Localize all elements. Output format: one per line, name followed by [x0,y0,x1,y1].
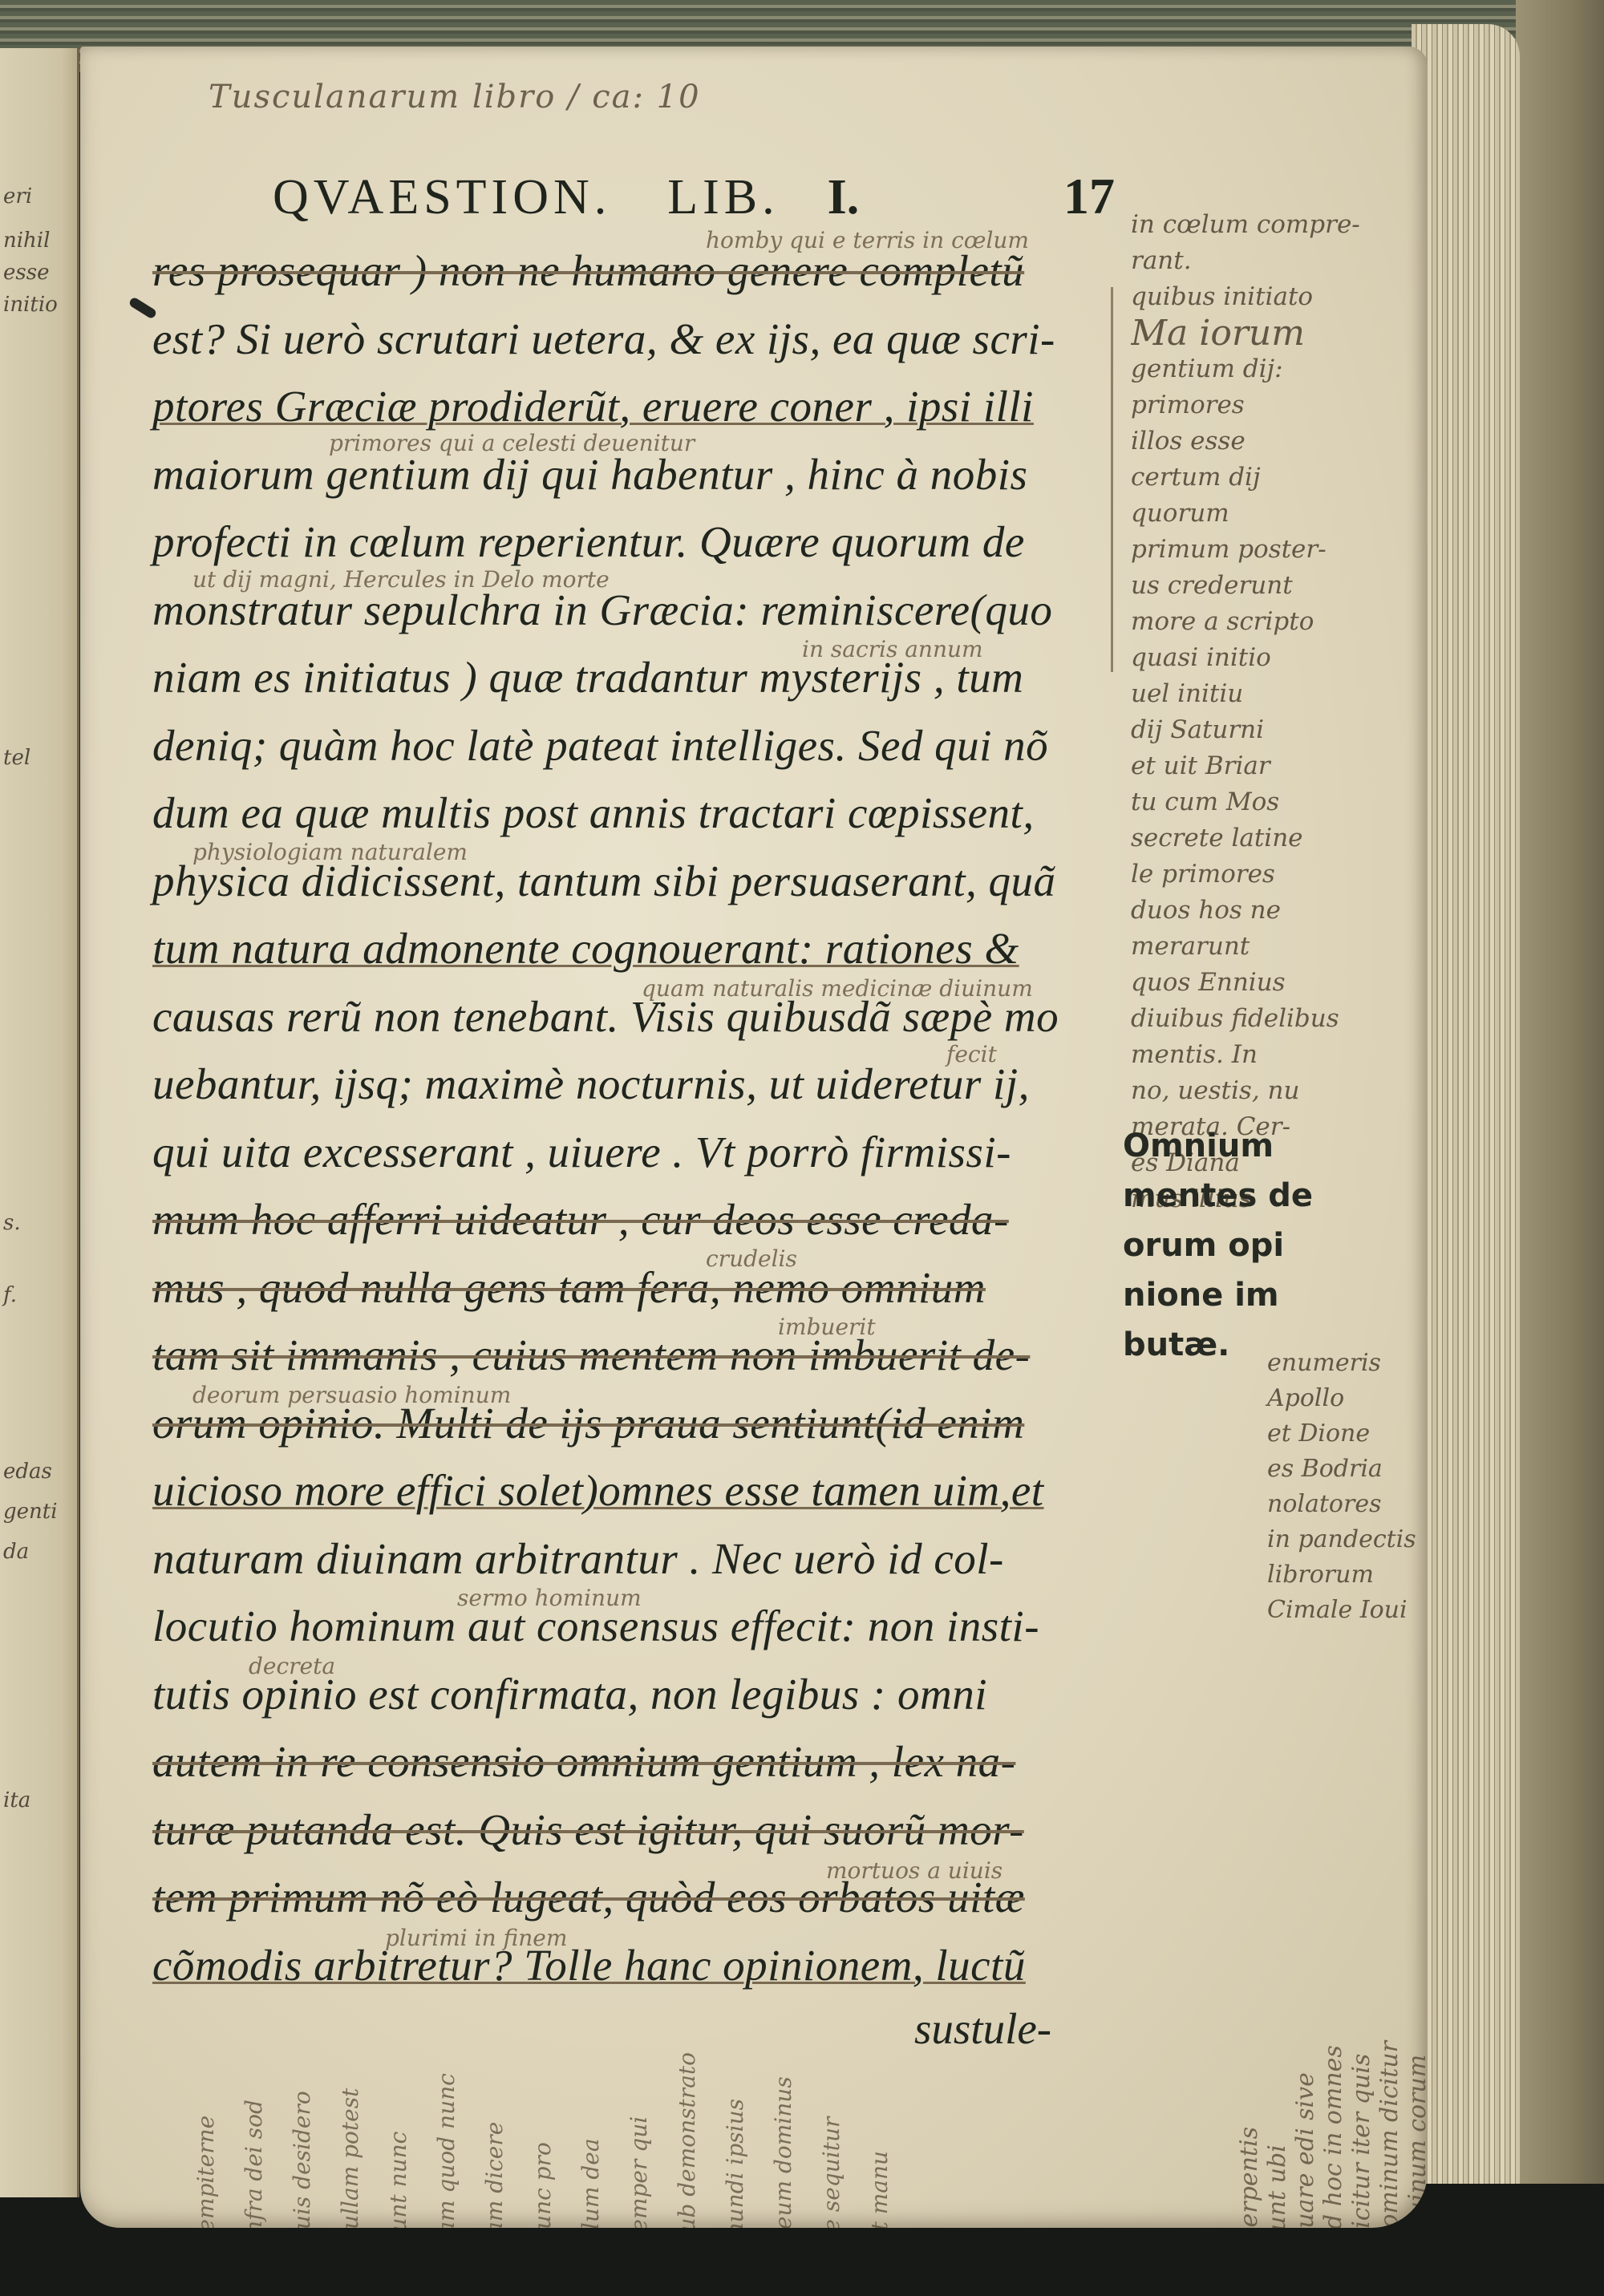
printed-text-block: res prosequar ) non ne humano genere com… [152,237,1171,1999]
ms-line: diuibus fidelibus [1131,1001,1412,1037]
text-line: dum ea quæ multis post annis tractari cœ… [152,780,1171,848]
book-scan: eri nihil esse initio tel s. f. edas gen… [0,0,1604,2296]
manuscript-header-note: Tusculanarum libro / ca: 10 [209,79,930,115]
ms-line: enumeris [1267,1346,1420,1381]
vertical-ms-column: deum dominus [770,1979,796,2228]
vertical-ms-column: illum dea [577,1979,604,2228]
left-note: f. [3,1283,74,1307]
left-note: ita [3,1788,74,1812]
text-line: qui uita excesserant , uiuere . Vt porrò… [152,1119,1171,1187]
ms-line: le primores [1131,856,1412,893]
book-cover-edge [1516,0,1604,2296]
right-margin-manuscript: in cœlum compre- rant. quibus initiato M… [1131,207,1412,1217]
interlinear-gloss: sermo hominum [457,1585,642,1611]
vertical-ms-column: nullam potest [337,1979,363,2228]
interlinear-gloss: physiologiam naturalem [192,839,468,865]
ms-line: primores [1131,387,1412,423]
text-line: uicioso more effici solet)omnes esse tam… [152,1457,1171,1525]
interlinear-gloss: primores qui a celesti deuenitur [329,430,695,456]
text-line: est? Si uerò scrutari uetera, & ex ijs, … [152,306,1171,374]
text-line: locutio hominum aut consensus effecit: n… [152,1593,1171,1661]
text-line: mum hoc afferri uideatur , cur deos esse… [152,1186,1171,1254]
ms-line: tu cum Mos [1131,784,1412,820]
vertical-ms-column: mundi ipsius [722,1979,748,2228]
interlinear-gloss: imbuerit [778,1314,876,1340]
ms-line: et Dione [1267,1416,1420,1452]
ms-line: quibus initiato [1131,279,1412,315]
vertical-ms-column: Infra dei sod [241,1979,267,2228]
ms-line: gentium dij: [1131,351,1412,387]
ms-line: librorum [1267,1557,1420,1593]
text-line: mus , quod nulla gens tam fera, nemo omn… [152,1254,1171,1322]
vertical-ms-column: sempiterne [192,1979,219,2228]
interlinear-gloss: plurimi in finem [385,1925,567,1951]
left-page-sliver: eri nihil esse initio tel s. f. edas gen… [0,48,79,2197]
ms-line: uel initiu [1131,676,1412,712]
right-margin-lower-manuscript: enumeris Apollo et Dione es Bodria nolat… [1267,1346,1420,1628]
ms-line: duos hos ne [1131,893,1412,929]
ms-line: rant. [1131,243,1412,279]
left-note: s. [3,1211,74,1235]
left-note: nihil [3,229,74,253]
running-head: QVAESTION. LIB. I. 17 [273,167,1115,231]
vertical-ms-column: et manu [866,1979,893,2228]
ms-line: es Bodria [1267,1452,1420,1487]
vertical-ms-column: tam quod nunc [433,1979,460,2228]
ms-line: nolatores [1267,1487,1420,1522]
margin-bracket [1111,287,1113,672]
ms-line: dij Saturni [1131,712,1412,748]
ms-line: illos esse [1131,423,1412,460]
interlinear-gloss: decreta [249,1653,335,1679]
bottom-vertical-manuscript: sempiterne Infra dei sod quis desidero n… [176,1979,1428,2228]
left-note: initio [3,293,74,317]
interlinear-gloss: fecit [946,1041,997,1067]
vertical-ms-column: quis desidero [289,1979,315,2228]
text-line: niam es initiatus ) quæ tradantur myster… [152,644,1171,712]
text-line: deniq; quàm hoc latè pateat intelliges. … [152,712,1171,780]
text-line: uebantur, ijsq; maximè nocturnis, ut uid… [152,1051,1171,1119]
ms-line: in pandectis [1267,1522,1420,1557]
vertical-ms-column: se sequitur [818,1979,845,2228]
page-number: 17 [1063,167,1115,226]
vertical-ms-column: nunc pro [529,1979,556,2228]
left-note: genti [3,1500,74,1524]
ms-line: Apollo [1267,1381,1420,1416]
running-head-book-number: I. [828,169,860,226]
interlinear-gloss: deorum persuasio hominum [192,1382,511,1408]
running-head-book: LIB. [667,169,779,226]
left-margin-notes: eri nihil esse initio tel s. f. edas gen… [3,48,74,2197]
ms-line: mentis. In [1131,1037,1412,1073]
left-note: esse [3,261,74,285]
ms-line: quos Ennius [1131,965,1412,1001]
ms-line: primum poster- [1131,532,1412,568]
ms-line: merarunt [1131,929,1412,965]
ms-line: in cœlum compre- [1131,207,1412,243]
left-note: da [3,1540,74,1564]
interlinear-gloss: ut dij magni, Hercules in Delo morte [192,566,610,593]
interlinear-gloss: mortuos a uiuis [826,1857,1003,1884]
interlinear-gloss: quam naturalis medicinæ diuinum [642,975,1033,1002]
text-line: turæ putanda est. Quis est igitur, qui s… [152,1796,1171,1865]
ms-line: quorum [1131,496,1412,532]
left-note: tel [3,746,74,770]
sidenote-line: Omnium [1123,1121,1315,1171]
text-line: naturam diuinam arbitrantur . Nec uerò i… [152,1525,1171,1593]
ms-line: secrete latine [1131,820,1412,856]
interlinear-gloss: crudelis [706,1245,797,1272]
interlinear-gloss: homby qui e terris in cœlum [706,227,1029,253]
ms-line: et uit Briar [1131,748,1412,784]
ms-line: Ma iorum [1131,315,1412,351]
sidenote-line: nione im [1123,1270,1315,1320]
interlinear-gloss: in sacris annum [802,636,983,662]
ms-line: certum dij [1131,460,1412,496]
running-head-title: QVAESTION. [273,169,611,226]
vertical-ms-column: semper qui [626,1979,652,2228]
recto-page: Tusculanarum libro / ca: 10 QVAESTION. L… [80,47,1428,2228]
ms-line: us crederunt [1131,568,1412,604]
text-line: tam sit immanis , cuius mentem non imbue… [152,1322,1171,1390]
page-stack-edge [1412,24,1520,2253]
ms-line: no, uestis, nu [1131,1073,1412,1109]
printed-sidenote: Omnium mentes de orum opi nione im butæ. [1123,1121,1315,1370]
left-note: edas [3,1460,74,1484]
ms-line: more a scripto [1131,604,1412,640]
vertical-ms-column: sub demonstrato [674,1979,700,2228]
vertical-ms-column: Iam dicere [481,1979,508,2228]
sidenote-line: mentes de [1123,1171,1315,1221]
sidenote-line: orum opi [1123,1221,1315,1270]
ms-line: Cimale Ioui [1267,1593,1420,1628]
text-line: autem in re consensio omnium gentium , l… [152,1728,1171,1796]
vertical-ms-column: sunt nunc [385,1979,411,2228]
ms-line: quasi initio [1131,640,1412,676]
text-line: tem primum nõ eò lugeat, quòd eos orbato… [152,1864,1171,1932]
text-line: tum natura admonente cognouerant: ration… [152,915,1171,983]
left-note: eri [3,184,74,209]
